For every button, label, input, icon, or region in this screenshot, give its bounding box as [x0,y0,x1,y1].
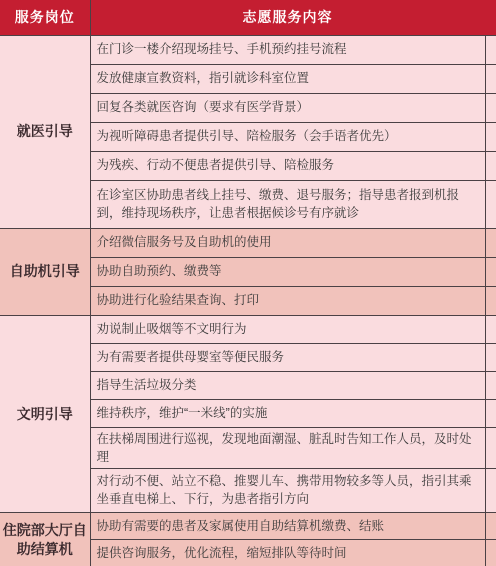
right-strip-cell [485,539,496,566]
content-cell: 在扶梯周围进行巡视，发现地面潮湿、脏乱时告知工作人员，及时处理 [90,427,485,468]
content-cell: 指导生活垃圾分类 [90,371,485,399]
right-strip-cell [485,371,496,399]
content-cell: 协助有需要的患者及家属使用自助结算机缴费、结账 [90,512,485,539]
table-row: 文明引导 劝说制止吸烟等不文明行为 [0,315,496,343]
content-cell: 协助自助预约、缴费等 [90,257,485,286]
column-header-content: 志愿服务内容 [90,0,485,35]
position-cell-inpatient-settlement: 住院部大厅自助结算机 [0,512,90,566]
content-cell: 协助进行化验结果查询、打印 [90,286,485,315]
content-cell: 为有需要者提供母婴室等便民服务 [90,343,485,371]
content-cell: 回复各类就医咨询（要求有医学背景） [90,93,485,122]
content-cell: 介绍微信服务号及自助机的使用 [90,228,485,257]
right-strip-cell [485,286,496,315]
table-row: 就医引导 在门诊一楼介绍现场挂号、手机预约挂号流程 [0,35,496,64]
right-strip-cell [485,180,496,228]
content-cell: 为残疾、行动不便患者提供引导、陪检服务 [90,151,485,180]
content-cell: 在诊室区协助患者线上挂号、缴费、退号服务；指导患者报到机报到，维持现场秩序，让患… [90,180,485,228]
right-strip-cell [485,343,496,371]
content-cell: 劝说制止吸烟等不文明行为 [90,315,485,343]
column-header-position: 服务岗位 [0,0,90,35]
right-strip-cell [485,35,496,64]
content-cell: 对行动不便、站立不稳、推婴儿车、携带用物较多等人员，指引其乘坐垂直电梯上、下行，… [90,468,485,512]
right-strip-cell [485,512,496,539]
right-strip-cell [485,122,496,151]
position-cell-civility-guidance: 文明引导 [0,315,90,512]
right-strip-cell [485,228,496,257]
right-strip-cell [485,468,496,512]
volunteer-service-table: 服务岗位 志愿服务内容 就医引导 在门诊一楼介绍现场挂号、手机预约挂号流程 发放… [0,0,496,566]
right-strip-cell [485,257,496,286]
content-cell: 提供咨询服务，优化流程，缩短排队等待时间 [90,539,485,566]
right-strip-cell [485,315,496,343]
right-strip-cell [485,399,496,427]
table-header-row: 服务岗位 志愿服务内容 [0,0,496,35]
right-strip-cell [485,427,496,468]
right-strip-cell [485,93,496,122]
position-cell-medical-guidance: 就医引导 [0,35,90,228]
content-cell: 维持秩序，维护“一米线”的实施 [90,399,485,427]
table-row: 自助机引导 介绍微信服务号及自助机的使用 [0,228,496,257]
content-cell: 为视听障碍患者提供引导、陪检服务（会手语者优先） [90,122,485,151]
content-cell: 发放健康宣教资料，指引就诊科室位置 [90,64,485,93]
table-row: 住院部大厅自助结算机 协助有需要的患者及家属使用自助结算机缴费、结账 [0,512,496,539]
column-header-strip [485,0,496,35]
right-strip-cell [485,151,496,180]
right-strip-cell [485,64,496,93]
content-cell: 在门诊一楼介绍现场挂号、手机预约挂号流程 [90,35,485,64]
position-cell-selfservice-guidance: 自助机引导 [0,228,90,315]
